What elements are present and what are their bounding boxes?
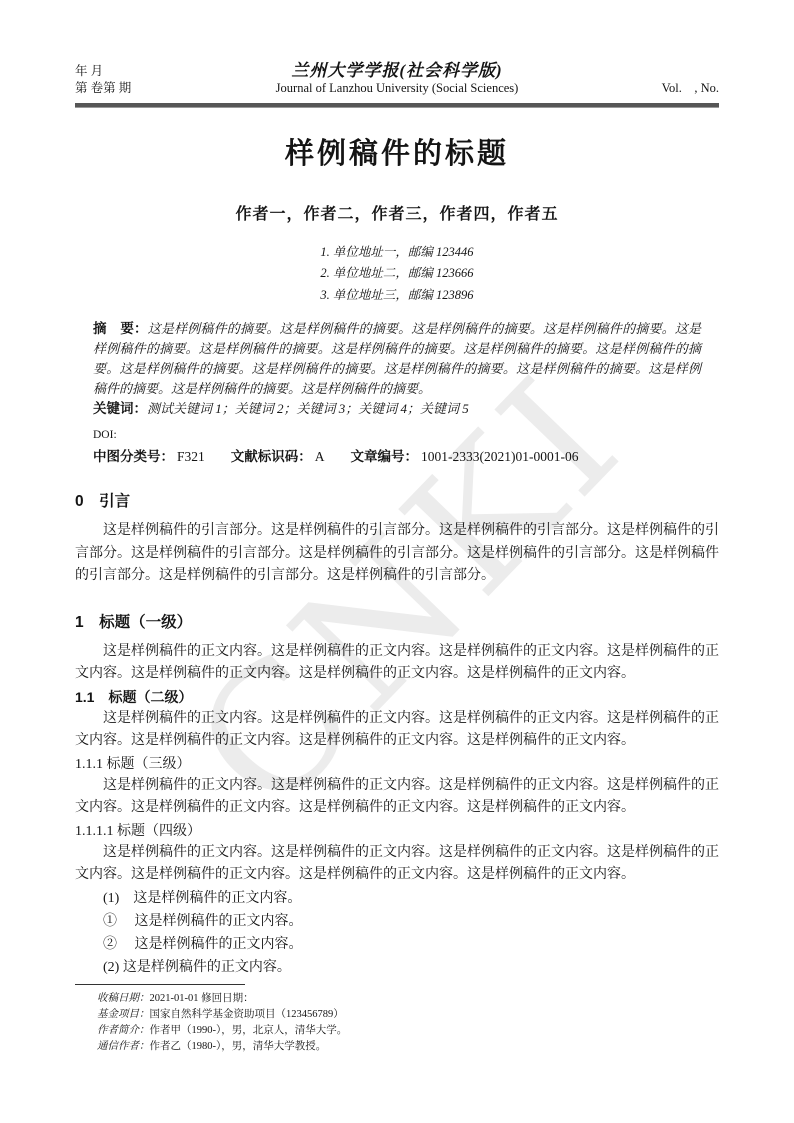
abstract-text: 这是样例稿件的摘要。这是样例稿件的摘要。这是样例稿件的摘要。这是样例稿件的摘要。… xyxy=(93,321,701,396)
doc-code-label: 文献标识码： xyxy=(231,449,312,464)
section-1-paragraph: 这是样例稿件的正文内容。这是样例稿件的正文内容。这是样例稿件的正文内容。这是样例… xyxy=(75,641,719,686)
affiliation-item: 2. 单位地址二，邮编 123666 xyxy=(75,263,719,285)
footnote-block: 收稿日期：2021-01-01 修回日期： 基金项目：国家自然科学基金资助项目（… xyxy=(75,984,719,1055)
journal-title-cn: 兰州大学学报(社会科学版) xyxy=(205,63,589,79)
footnote-funding: 基金项目：国家自然科学基金资助项目（123456789） xyxy=(75,1007,719,1023)
journal-title-en: Journal of Lanzhou University (Social Sc… xyxy=(205,79,589,97)
list-item: (2) 这是样例稿件的正文内容。 xyxy=(75,956,719,979)
section-1-1-heading: 1.1 标题（二级） xyxy=(75,687,719,708)
footnote-corresponding-author: 通信作者：作者乙（1980-），男，清华大学教授。 xyxy=(75,1039,719,1055)
vol-no-spacer xyxy=(589,63,719,80)
clc-value: F321 xyxy=(177,449,205,464)
running-head: 年 月 第 卷第 期 兰州大学学报(社会科学版) Journal of Lanz… xyxy=(75,63,719,97)
article-no-label: 文章编号： xyxy=(351,449,419,464)
authors-line: 作者一，作者二，作者三，作者四，作者五 xyxy=(75,204,719,226)
article-title: 样例稿件的标题 xyxy=(75,135,719,173)
keywords-text: 测试关键词 1；关键词 2；关键词 3；关键词 4；关键词 5 xyxy=(147,401,469,416)
affiliations-block: 1. 单位地址一，邮编 123446 2. 单位地址二，邮编 123666 3.… xyxy=(75,242,719,307)
journal-title-block: 兰州大学学报(社会科学版) Journal of Lanzhou Univers… xyxy=(205,63,589,97)
footnote-author-bio: 作者简介：作者甲（1990-），男，北京人，清华大学。 xyxy=(75,1023,719,1039)
affiliation-item: 1. 单位地址一，邮编 123446 xyxy=(75,242,719,264)
list-item: ① 这是样例稿件的正文内容。 xyxy=(75,910,719,933)
affiliation-item: 3. 单位地址三，邮编 123896 xyxy=(75,285,719,307)
section-1-1-1-heading: 1.1.1 标题（三级） xyxy=(75,754,719,775)
abstract-label: 摘 要： xyxy=(93,321,148,336)
footnote-received: 收稿日期：2021-01-01 修回日期： xyxy=(75,991,719,1007)
abstract-paragraph: 摘 要：这是样例稿件的摘要。这是样例稿件的摘要。这是样例稿件的摘要。这是样例稿件… xyxy=(93,319,701,399)
section-1-1-paragraph: 这是样例稿件的正文内容。这是样例稿件的正文内容。这是样例稿件的正文内容。这是样例… xyxy=(75,708,719,753)
page-content: 年 月 第 卷第 期 兰州大学学报(社会科学版) Journal of Lanz… xyxy=(75,63,719,979)
issue-volume-line: 第 卷第 期 xyxy=(75,80,205,97)
journal-page: CNKI 年 月 第 卷第 期 兰州大学学报(社会科学版) Journal of… xyxy=(0,0,794,1123)
issue-info: 年 月 第 卷第 期 xyxy=(75,63,205,97)
list-item: ② 这是样例稿件的正文内容。 xyxy=(75,933,719,956)
section-1-1-1-1-heading: 1.1.1.1 标题（四级） xyxy=(75,821,719,842)
vol-no-line: Vol. , No. xyxy=(589,80,719,97)
doc-code-value: A xyxy=(315,449,325,464)
abstract-block: 摘 要：这是样例稿件的摘要。这是样例稿件的摘要。这是样例稿件的摘要。这是样例稿件… xyxy=(75,319,719,419)
vol-no-block: Vol. , No. xyxy=(589,63,719,97)
keywords-label: 关键词： xyxy=(93,401,147,416)
doi-line: DOI: xyxy=(75,427,719,443)
article-no-value: 1001-2333(2021)01-0001-06 xyxy=(421,449,578,464)
section-1-1-1-1-paragraph: 这是样例稿件的正文内容。这是样例稿件的正文内容。这是样例稿件的正文内容。这是样例… xyxy=(75,842,719,887)
header-rule xyxy=(75,103,719,108)
section-1-1-1-paragraph: 这是样例稿件的正文内容。这是样例稿件的正文内容。这是样例稿件的正文内容。这是样例… xyxy=(75,775,719,820)
section-0-paragraph: 这是样例稿件的引言部分。这是样例稿件的引言部分。这是样例稿件的引言部分。这是样例… xyxy=(75,520,719,588)
section-0-heading: 0 引言 xyxy=(75,491,719,513)
clc-label: 中图分类号： xyxy=(93,449,174,464)
issue-date-line: 年 月 xyxy=(75,63,205,80)
classification-line: 中图分类号：F321文献标识码：A文章编号：1001-2333(2021)01-… xyxy=(75,447,719,467)
footnote-rule xyxy=(75,984,245,985)
list-item: (1) 这是样例稿件的正文内容。 xyxy=(75,887,719,910)
section-1-heading: 1 标题（一级） xyxy=(75,612,719,634)
keywords-paragraph: 关键词：测试关键词 1；关键词 2；关键词 3；关键词 4；关键词 5 xyxy=(93,399,701,419)
